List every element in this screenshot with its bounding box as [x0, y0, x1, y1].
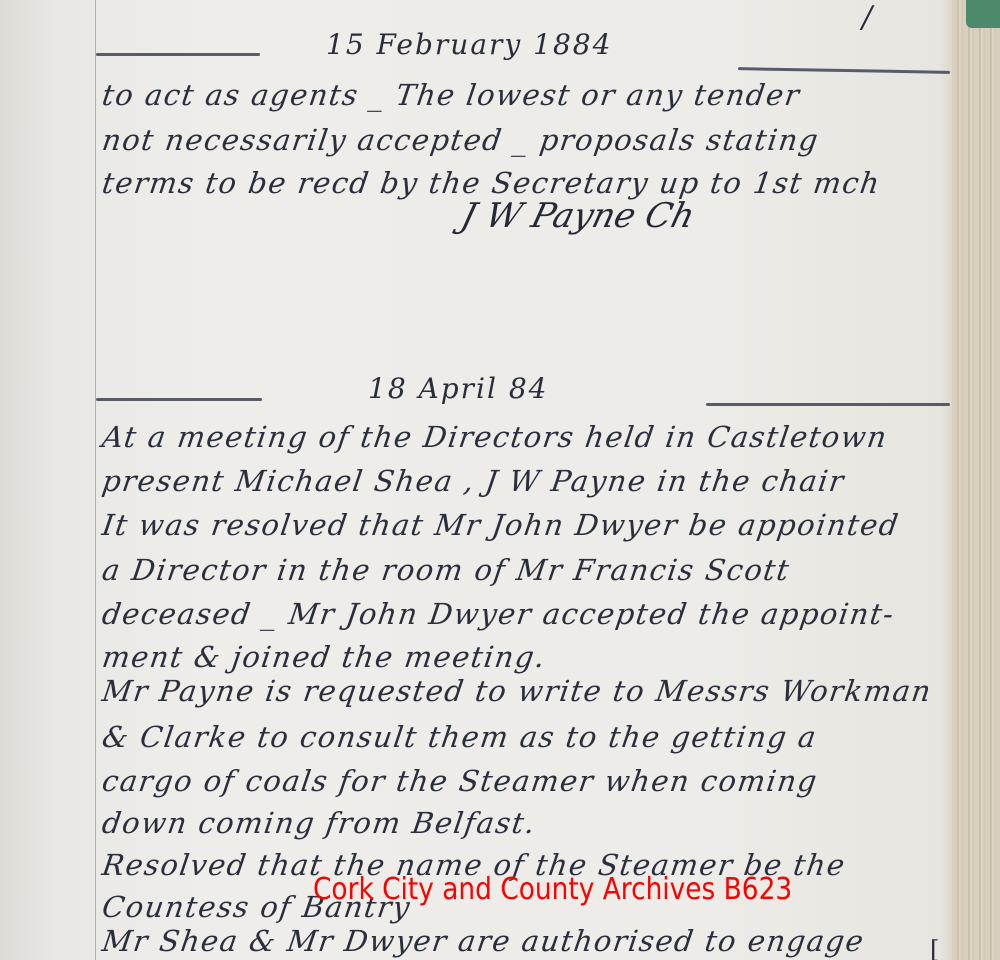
text-line: not necessarily accepted _ proposals sta… [100, 123, 821, 157]
entry-divider-right [706, 403, 950, 406]
entry-divider-right [738, 67, 950, 74]
text-line: ment & joined the meeting. [100, 640, 548, 674]
text-line: deceased _ Mr John Dwyer accepted the ap… [100, 597, 897, 631]
entry-date-heading: 15 February 1884 [326, 28, 612, 61]
book-page-edges [952, 0, 1000, 960]
corner-mark: [ [930, 936, 939, 960]
text-line: It was resolved that Mr John Dwyer be ap… [100, 508, 902, 542]
text-line: down coming from Belfast. [100, 806, 538, 840]
text-line: & Clarke to consult them as to the getti… [100, 720, 820, 754]
margin-rule [95, 0, 96, 960]
text-line: cargo of coals for the Steamer when comi… [100, 764, 820, 798]
text-line: Mr Payne is requested to write to Messrs… [100, 674, 934, 708]
text-line: a Director in the room of Mr Francis Sco… [100, 553, 792, 587]
text-line: terms to be recd by the Secretary up to … [100, 166, 883, 200]
chair-signature: J W Payne Ch [457, 196, 699, 236]
entry-date-heading: 18 April 84 [368, 372, 549, 405]
manuscript-page: / 15 February 1884 to act as agents _ Th… [0, 0, 952, 960]
entry-divider-left [96, 398, 262, 401]
entry-divider-left [96, 53, 260, 56]
archive-watermark: Cork City and County Archives B623 [313, 872, 792, 907]
text-line: At a meeting of the Directors held in Ca… [100, 420, 890, 454]
page-mark: / [862, 0, 872, 35]
text-line: Mr Shea & Mr Dwyer are authorised to eng… [100, 924, 867, 958]
book-cover-corner [966, 0, 1000, 28]
text-line: to act as agents _ The lowest or any ten… [100, 78, 803, 112]
text-line: present Michael Shea , J W Payne in the … [100, 464, 847, 498]
